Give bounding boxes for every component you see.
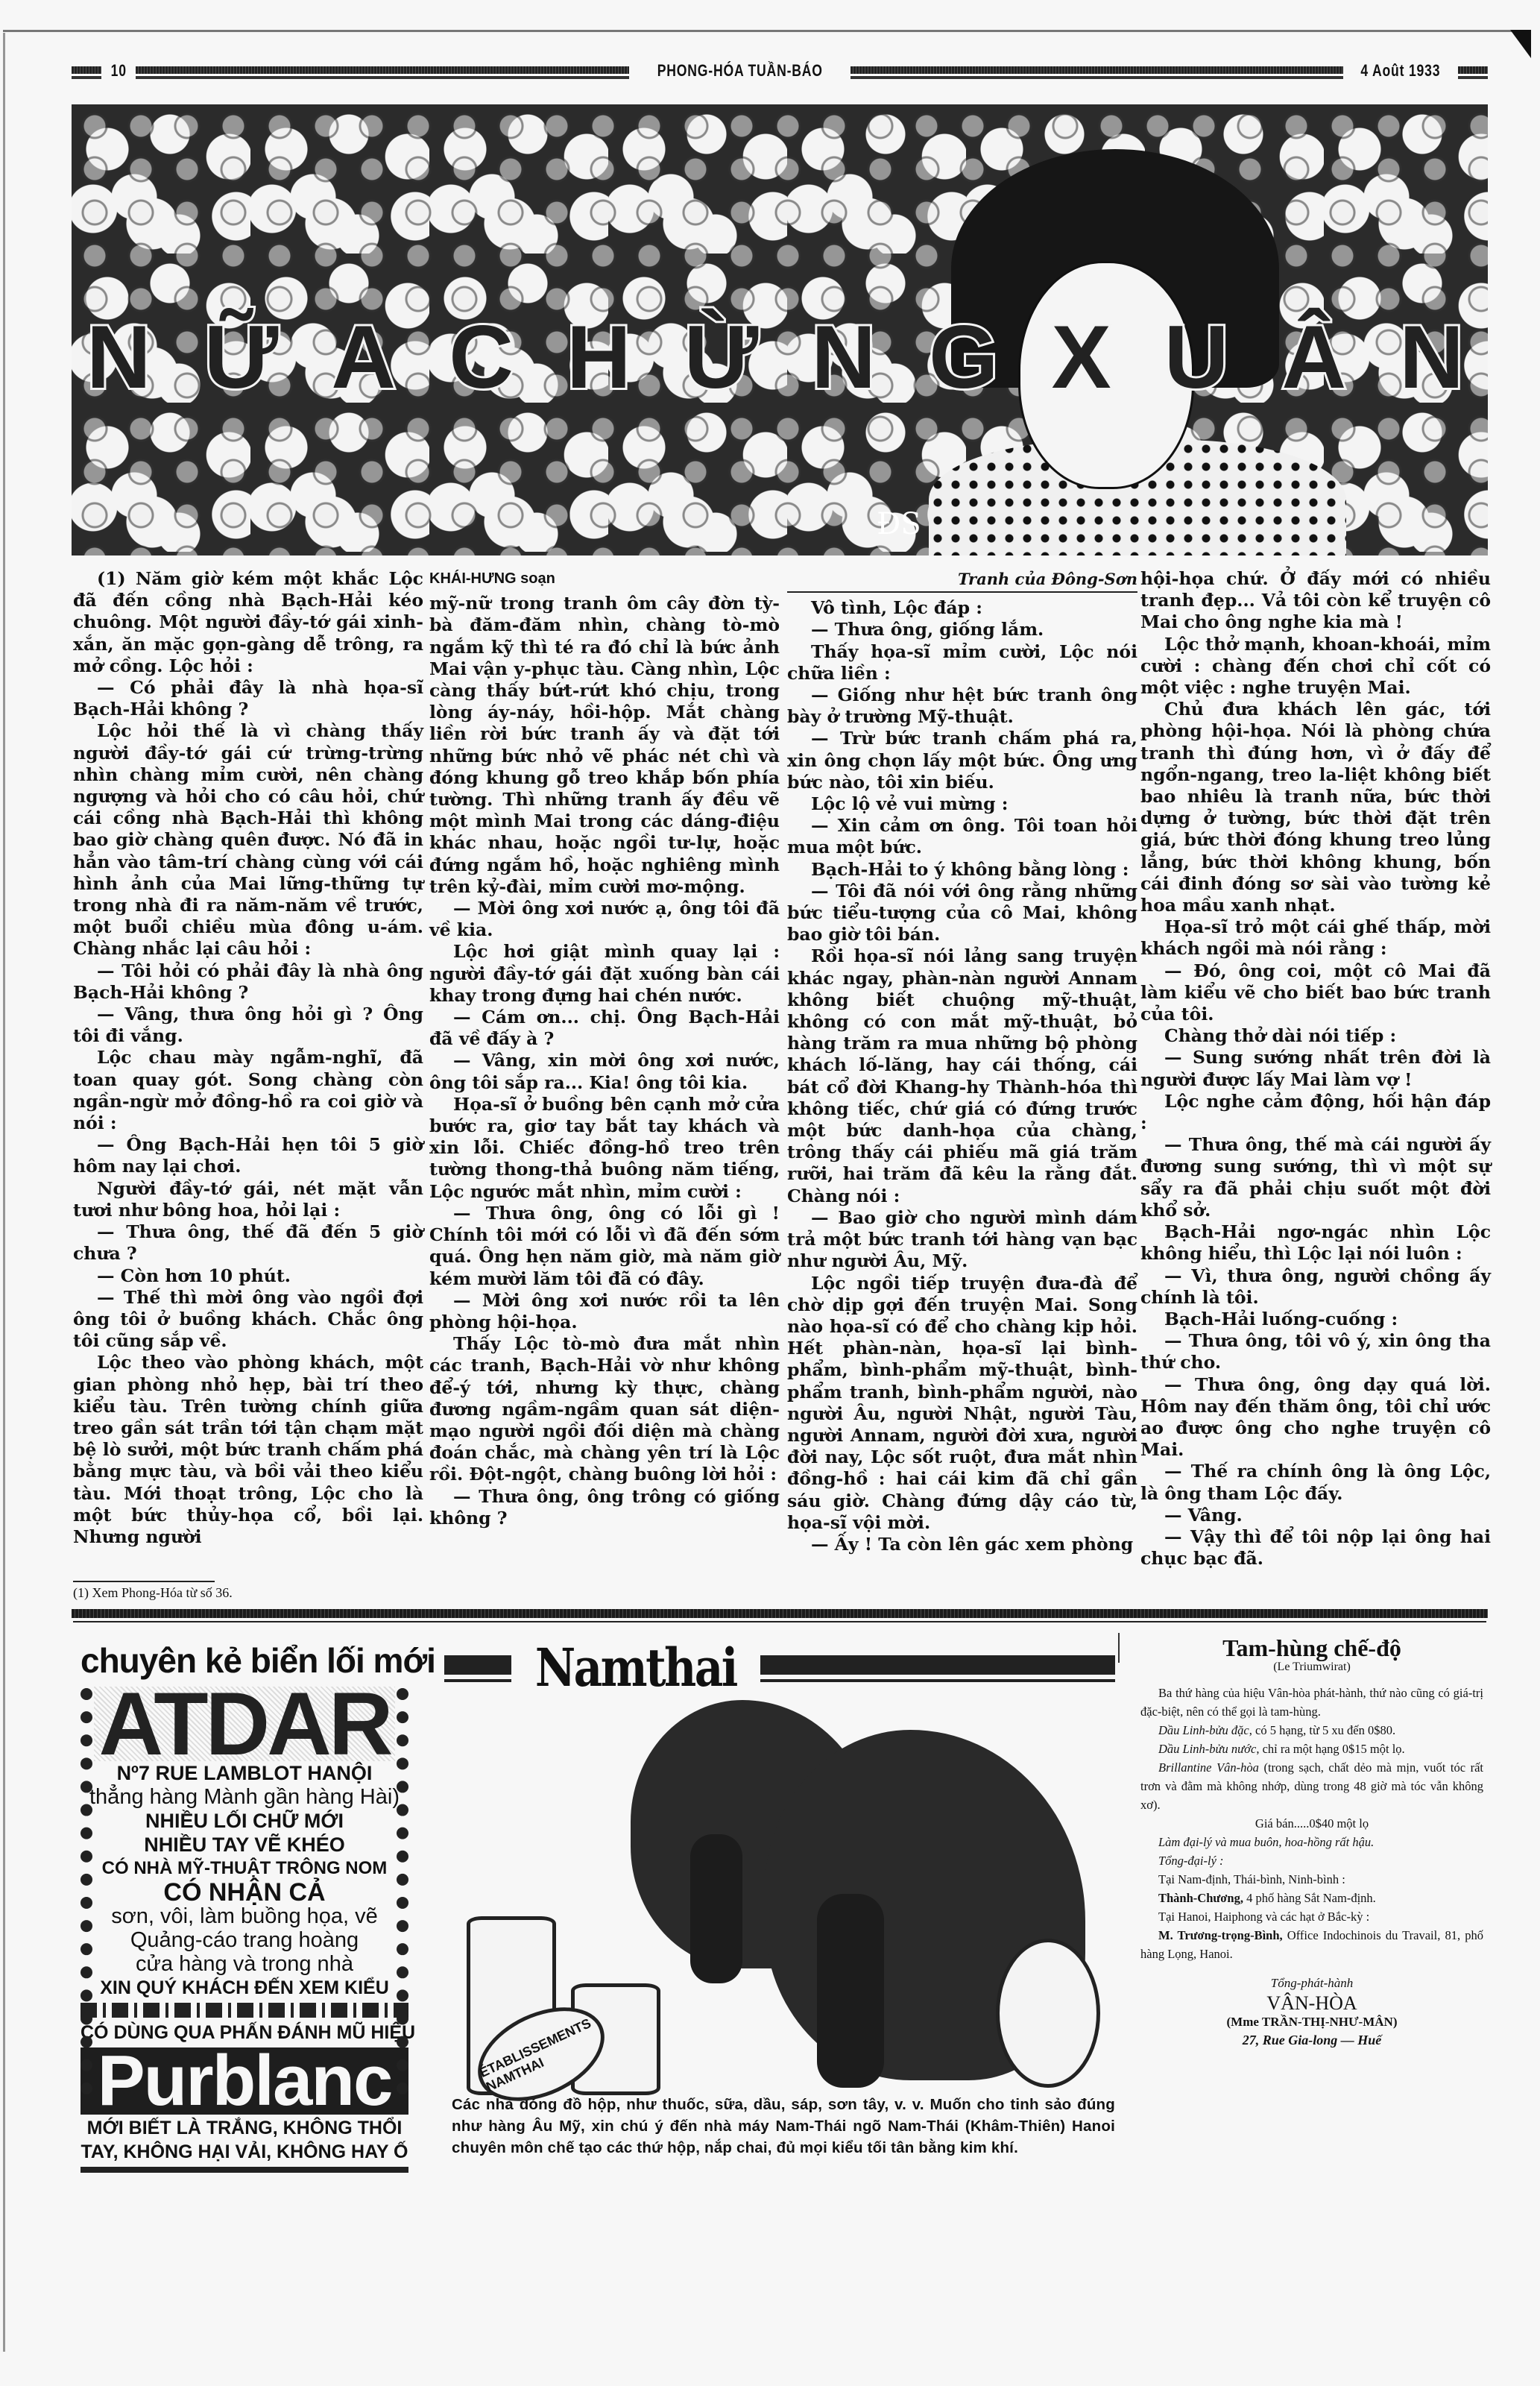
ad-subtitle: (Le Triumwirat)	[1140, 1658, 1483, 1676]
story-column-1: (1) Năm giờ kém một khắc Lộc đã đến cồng…	[73, 568, 423, 1548]
price: Giá bán.....0$40 một lọ	[1140, 1814, 1483, 1833]
paragraph: — Vâng, thưa ông hỏi gì ? Ông tôi đi vắn…	[73, 1004, 423, 1047]
paragraph: — Thưa ông, ông trông có giống không ?	[429, 1486, 780, 1529]
paragraph: — Tôi hỏi có phải đây là nhà ông Bạch-Hả…	[73, 960, 423, 1004]
page-edge-left	[3, 33, 5, 2352]
namthai-logo: Namthai	[535, 1637, 736, 1699]
distributor-address: 27, Rue Gia-long — Huế	[1140, 2031, 1483, 2050]
paragraph: — Sung sướng nhất trên đời là người được…	[1140, 1047, 1491, 1090]
atdar-advertisement: chuyên kẻ biển lối mới ATDAR Nº7 RUE LAM…	[81, 1640, 408, 2162]
paragraph: — Còn hơn 10 phút.	[73, 1265, 423, 1287]
title-letter: Â	[1281, 306, 1355, 409]
paragraph: Chủ đưa khách lên gác, tới phòng hội-họa…	[1140, 699, 1491, 916]
title-letter: X	[1052, 306, 1120, 409]
ornamental-border	[81, 1688, 408, 2094]
page-edge-top	[3, 30, 1531, 32]
distributor-name: VÂN-HÒA	[1140, 1994, 1483, 2012]
paragraph: — Thưa ông, thế đã đến 5 giờ chưa ?	[73, 1221, 423, 1265]
header-bar	[444, 1655, 511, 1679]
paragraph: Thấy họa-sĩ mỉm cười, Lộc nói chữa liền …	[787, 641, 1137, 684]
newspaper-page: 10 PHONG-HÓA TUẦN-BÁO 4 Août 1933 N Ữ A …	[0, 0, 1540, 2386]
paragraph: — Vâng.	[1140, 1505, 1491, 1526]
paragraph: — Thưa ông, thế mà cái người ấy đương su…	[1140, 1134, 1491, 1221]
issue-date: 4 Août 1933	[1361, 61, 1441, 81]
namthai-header: Namthai	[444, 1637, 1115, 1697]
header-rule	[136, 66, 628, 76]
paragraph: Lộc lộ vẻ vui mừng :	[787, 793, 1137, 815]
paragraph: Họa-sĩ ở buồng bên cạnh mở cửa bước ra, …	[429, 1094, 780, 1203]
title-letter: U	[1164, 306, 1238, 409]
paragraph: — Mời ông xơi nước ạ, ông tôi đã về kia.	[429, 898, 780, 941]
title-letter: C	[449, 306, 523, 409]
paragraph: — Thưa ông, tôi vô ý, xin ông tha thứ ch…	[1140, 1330, 1491, 1373]
paragraph: — Thưa ông, ông dạy quá lời. Hôm nay đến…	[1140, 1374, 1491, 1461]
footnote-rule	[73, 1581, 215, 1582]
agent-entry: M. Trương-trọng-Bình, Office Indochinois…	[1140, 1926, 1483, 1963]
paragraph: Lộc chau mày ngẫm-nghĩ, đã toan quay gót…	[73, 1047, 423, 1134]
header-rule	[1458, 66, 1488, 76]
header-rule	[851, 66, 1343, 76]
distributor-label: Tổng-phát-hành	[1140, 1974, 1483, 1992]
author-byline: KHÁI-HƯNG soạn	[429, 568, 780, 590]
footnote: (1) Xem Phong-Hóa từ số 36.	[73, 1581, 423, 1601]
paragraph: — Giống như hệt bức tranh ông bày ở trườ…	[787, 684, 1137, 728]
agent-address: 4 phố hàng Sắt Nam-định.	[1243, 1891, 1376, 1905]
ad-title: Tam-hùng chế-độ	[1140, 1639, 1483, 1658]
agent-area: Tại Nam-định, Thái-bình, Ninh-bình :	[1140, 1870, 1483, 1889]
worker-figure-icon	[690, 1834, 742, 1983]
paragraph: Chàng thở dài nói tiếp :	[1140, 1025, 1491, 1047]
paragraph: Bạch-Hải to ý không bằng lòng :	[787, 859, 1137, 881]
product-name: Dầu Linh-bửu đặc	[1158, 1723, 1249, 1737]
paragraph: — Cám ơn... chị. Ông Bạch-Hải đã về đấy …	[429, 1007, 780, 1050]
namthai-caption: Các nhà đóng đồ hộp, như thuốc, sữa, dầu…	[444, 2094, 1115, 2159]
title-letter: Ữ	[204, 306, 288, 409]
paragraph: Họa-sĩ trỏ một cái ghế thấp, mời khách n…	[1140, 916, 1491, 960]
column-rule	[1118, 1633, 1120, 1663]
product-item: Dầu Linh-bửu nước, chỉ ra một hạng 0$15 …	[1140, 1740, 1483, 1758]
story-column-3: Tranh của Đông-Sơn Vô tình, Lộc đáp : — …	[787, 568, 1137, 1555]
title-letter: H	[567, 306, 640, 409]
product-desc: , có 5 hạng, từ 5 xu đến 0$80.	[1249, 1723, 1395, 1737]
paragraph: — Bao giờ cho người mình dám trả một bức…	[787, 1207, 1137, 1273]
agent-name: M. Trương-trọng-Bình,	[1158, 1928, 1283, 1942]
paragraph: Người đầy-tớ gái, nét mặt vẫn tươi như b…	[73, 1178, 423, 1221]
factory-workers-illustration: ÉTABLISSEMENTS NAMTHAI	[444, 1700, 1115, 2088]
ad-tagline: MỚI BIẾT LÀ TRẮNG, KHÔNG THỔI	[81, 2116, 408, 2140]
ad-intro: Ba thứ hàng của hiệu Vân-hòa phát-hành, …	[1140, 1684, 1483, 1721]
title-letter: Ừ	[684, 306, 768, 409]
title-letter: A	[331, 306, 405, 409]
paragraph: — Trừ bức tranh chấm phá ra, xin ông chọ…	[787, 728, 1137, 793]
paragraph: — Đó, ông coi, một cô Mai đã làm kiểu vẽ…	[1140, 960, 1491, 1026]
title-letter: N	[811, 306, 885, 409]
product-name: Dầu Linh-bửu nước	[1158, 1742, 1256, 1756]
publication-title: PHONG-HÓA TUẦN-BÁO	[657, 61, 822, 81]
paragraph: — Vâng, xin mời ông xơi nước, ông tôi sắ…	[429, 1050, 780, 1093]
paragraph: — Vì, thưa ông, người chồng ấy chính là …	[1140, 1265, 1491, 1309]
paragraph: — Xin cảm ơn ông. Tôi toan hỏi mua một b…	[787, 815, 1137, 858]
ad-tagline: TAY, KHÔNG HẠI VẢI, KHÔNG HAY Ố	[81, 2140, 408, 2164]
paragraph: Thấy Lộc tò-mò đưa mắt nhìn các tranh, B…	[429, 1333, 780, 1485]
paragraph: Bạch-Hải ngơ-ngác nhìn Lộc không hiểu, t…	[1140, 1221, 1491, 1265]
agents-label: Tổng-đại-lý :	[1140, 1851, 1483, 1870]
paragraph: Lộc ngồi tiếp truyện đưa-đà để chờ dịp g…	[787, 1273, 1137, 1534]
paragraph: — Vậy thì để tôi nộp lại ông hai chục bạ…	[1140, 1526, 1491, 1570]
story-column-2: KHÁI-HƯNG soạn mỹ-nữ trong tranh ôm cây …	[429, 568, 780, 1529]
paragraph: — Thế thì mời ông vào ngồi đợi ông tôi ở…	[73, 1287, 423, 1353]
ad-bottom-rule	[81, 2167, 408, 2173]
paragraph: Lộc hơi giật mình quay lại : người đầy-t…	[429, 941, 780, 1007]
header-rule	[72, 66, 101, 76]
product-desc: , chỉ ra một hạng 0$15 một lọ.	[1256, 1742, 1404, 1756]
title-letter: G	[929, 306, 1007, 409]
paragraph: Bạch-Hải luống-cuống :	[1140, 1309, 1491, 1330]
story-column-4: hội-họa chứ. Ở đấy mới có nhiều tranh đẹ…	[1140, 568, 1491, 1570]
folded-corner	[1510, 30, 1531, 58]
product-item: Dầu Linh-bửu đặc, có 5 hạng, từ 5 xu đến…	[1140, 1721, 1483, 1740]
paragraph: Lộc theo vào phòng khách, một gian phòng…	[73, 1352, 423, 1548]
wholesale-note: Làm đại-lý và mua buôn, hoa-hồng rất hậu…	[1140, 1833, 1483, 1851]
distributor-owner: (Mme TRẦN-THỊ-NHƯ-MÂN)	[1140, 2012, 1483, 2031]
product-item: Brillantine Vân-hòa (trong sạch, chất dẻ…	[1140, 1758, 1483, 1814]
namthai-advertisement: Namthai ÉTABLISSEMENTS NAMTHAI Các nhà đ…	[444, 1637, 1115, 2189]
title-letter: N	[1399, 306, 1473, 409]
paragraph: — Thưa ông, ông có lỗi gì ! Chính tôi mớ…	[429, 1203, 780, 1290]
page-number: 10	[111, 61, 127, 81]
footnote-text: (1) Xem Phong-Hóa từ số 36.	[73, 1585, 233, 1600]
paragraph: — Tôi đã nói với ông rằng những bức tiểu…	[787, 881, 1137, 946]
paragraph: Lộc nghe cảm động, hối hận đáp :	[1140, 1091, 1491, 1134]
artist-signature: ĐS	[877, 507, 921, 541]
paragraph: Lộc thở mạnh, khoan-khoái, mỉm cười : ch…	[1140, 634, 1491, 699]
paragraph: mỹ-nữ trong tranh ôm cây đờn tỳ-bà đăm-đ…	[429, 593, 780, 898]
paragraph: — Thế ra chính ông là ông Lộc, là ông th…	[1140, 1461, 1491, 1504]
paragraph: — Có phải đây là nhà họa-sĩ Bạch-Hải khô…	[73, 677, 423, 720]
paragraph: — Mời ông xơi nước rồi ta lên phòng hội-…	[429, 1290, 780, 1333]
paragraph: Vô tình, Lộc đáp :	[787, 597, 1137, 619]
worker-figure-icon	[817, 1894, 884, 2088]
paragraph: hội-họa chứ. Ở đấy mới có nhiều tranh đẹ…	[1140, 568, 1491, 634]
wheel-icon	[996, 1939, 1100, 2088]
paragraph: Rồi họa-sĩ nói lảng sang truyện khác nga…	[787, 945, 1137, 1206]
title-letter: N	[86, 306, 160, 409]
paragraph: Lộc hỏi thế là vì chàng thấy người đầy-t…	[73, 720, 423, 960]
paragraph: — Ấy ! Ta còn lên gác xem phòng	[787, 1534, 1137, 1555]
product-name: Brillantine Vân-hòa	[1158, 1760, 1259, 1775]
story-banner-illustration: N Ữ A C H Ừ N G X U Â N ĐS	[72, 104, 1488, 555]
illustration-credit: Tranh của Đông-Sơn	[787, 568, 1137, 593]
agent-name: Thành-Chương,	[1158, 1891, 1243, 1905]
story-title: N Ữ A C H Ừ N G X U Â N	[72, 306, 1488, 409]
page-header: 10 PHONG-HÓA TUẦN-BÁO 4 Août 1933	[72, 60, 1488, 82]
section-divider	[72, 1609, 1488, 1618]
agent-area: Tại Hanoi, Haiphong và các hạt ở Bắc-kỳ …	[1140, 1907, 1483, 1926]
tamhung-advertisement: Tam-hùng chế-độ (Le Triumwirat) Ba thứ h…	[1140, 1625, 1483, 2050]
header-bar	[760, 1655, 1115, 1679]
paragraph: (1) Năm giờ kém một khắc Lộc đã đến cồng…	[73, 568, 423, 677]
paragraph: — Thưa ông, giống lắm.	[787, 619, 1137, 640]
agent-entry: Thành-Chương, 4 phố hàng Sắt Nam-định.	[1140, 1889, 1483, 1907]
paragraph: — Ông Bạch-Hải hẹn tôi 5 giờ hôm nay lại…	[73, 1134, 423, 1177]
